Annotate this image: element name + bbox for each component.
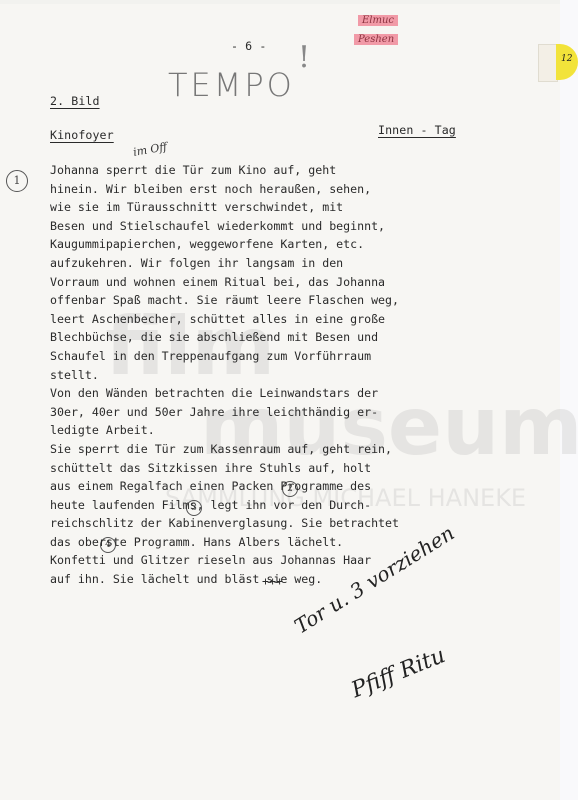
scene-description: Johanna sperrt die Tür zum Kino auf, geh… [50, 161, 399, 589]
body-line: Konfetti und Glitzer rieseln aus Johanna… [50, 551, 399, 570]
pink-label-2: Peshen [354, 34, 398, 45]
scene-heading: 2. Bild [50, 94, 100, 108]
body-line: Vorraum und wohnen einem Ritual bei, das… [50, 273, 399, 292]
handwritten-title: TEMPO [168, 66, 295, 104]
body-line: 30er, 40er und 50er Jahre ihre leichthän… [50, 403, 399, 422]
body-line: Von den Wänden betrachten die Leinwandst… [50, 384, 399, 403]
body-line: leert Aschenbecher, schüttet alles in ei… [50, 310, 399, 329]
body-line: Blechbüchse, die sie abschließend mit Be… [50, 328, 399, 347]
pink-label-1: Elmuc [358, 15, 398, 26]
body-line: Kaugummipapierchen, weggeworfene Karten,… [50, 235, 399, 254]
page-number: - 6 - [231, 39, 266, 53]
body-line: wie sie im Türausschnitt verschwindet, m… [50, 198, 399, 217]
body-line: hinein. Wir bleiben erst noch heraußen, … [50, 180, 399, 199]
body-line: aus einem Regalfach einen Packen Program… [50, 477, 399, 496]
body-line: ledigte Arbeit. [50, 421, 399, 440]
body-line: Johanna sperrt die Tür zum Kino auf, geh… [50, 161, 399, 180]
body-line: heute laufenden Films, legt ihn vor den … [50, 496, 399, 515]
body-line: stellt. [50, 366, 399, 385]
tab-mark: 12 [561, 54, 572, 64]
body-line: Sie sperrt die Tür zum Kassenraum auf, g… [50, 440, 399, 459]
circled-number-1: 1 [6, 170, 28, 192]
body-line: aufzukehren. Wir folgen ihr langsam in d… [50, 254, 399, 273]
location-heading: Kinofoyer [50, 128, 114, 142]
page-tab: 12 [538, 44, 578, 84]
body-line: offenbar Spaß macht. Sie räumt leere Fla… [50, 291, 399, 310]
body-line: das oberste Programm. Hans Albers lächel… [50, 533, 399, 552]
body-line: reichschlitz der Kabinenverglasung. Sie … [50, 514, 399, 533]
handwritten-exclaim: ! [298, 40, 310, 75]
body-line: Besen und Stielschaufel wiederkommt und … [50, 217, 399, 236]
body-line: schüttelt das Sitzkissen ihre Stuhls auf… [50, 459, 399, 478]
time-of-day: Innen - Tag [378, 123, 456, 137]
body-line: Schaufel in den Treppenaufgang zum Vorfü… [50, 347, 399, 366]
scan-edge [560, 0, 578, 800]
end-mark: +++ [262, 574, 283, 588]
